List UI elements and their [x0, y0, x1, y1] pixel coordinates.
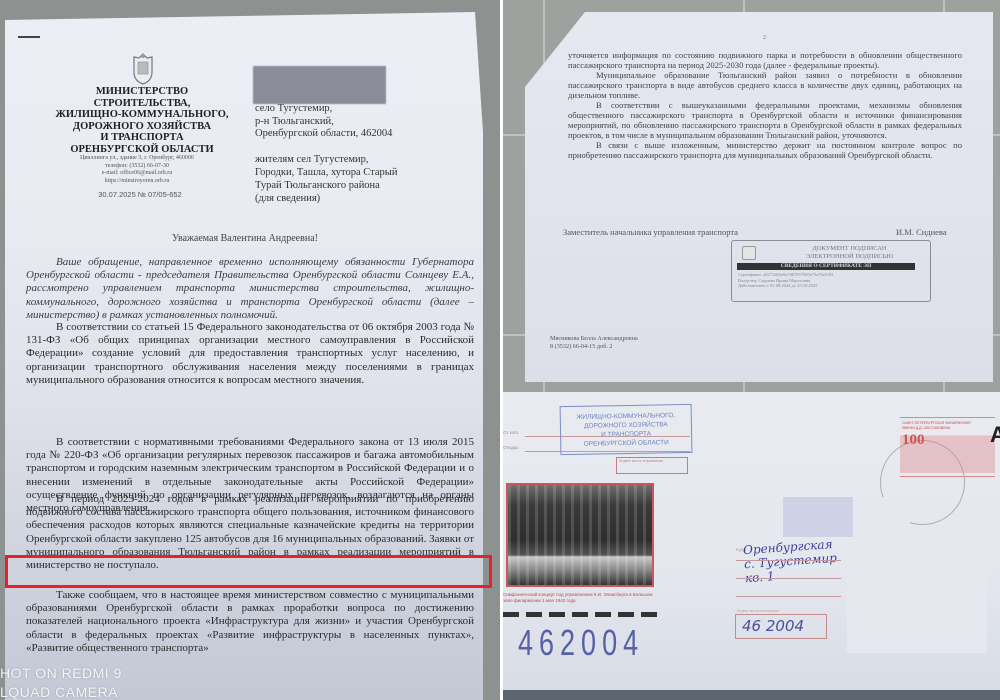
envelope-illustration	[506, 483, 654, 587]
executor-contact: Мясникова Белла Александровна 8 (3532) 6…	[550, 335, 638, 351]
e-signature-box: ДОКУМЕНТ ПОДПИСАН ЭЛЕКТРОННОЙ ПОДПИСЬЮ С…	[731, 240, 931, 302]
redacted-recipient-name	[253, 66, 386, 104]
signer-title: Заместитель начальника управления трансп…	[563, 227, 738, 237]
page-2-body: уточняется информация по состоянию подви…	[568, 50, 962, 160]
sender-index-box: Индекс места отправления	[616, 457, 688, 474]
where-from-label: Откуда	[503, 445, 518, 450]
illustration-caption: Симфонический концерт под управлением К.…	[503, 592, 653, 604]
stamp-value: 100	[902, 432, 925, 449]
redaction-patch	[847, 555, 987, 653]
coat-of-arms-icon	[128, 52, 158, 86]
from-label: От кого	[503, 430, 518, 435]
ministry-contacts: Цвиллинга ул., здание 3, г. Оренбург, 46…	[52, 155, 222, 185]
coat-of-arms-icon	[742, 246, 756, 260]
document-number: 30.07.2025 № 07/05-652	[90, 190, 190, 199]
paragraph-1: Ваше обращение, направленное временно ис…	[26, 256, 474, 322]
salutation: Уважаемая Валентина Андреевна!	[0, 233, 490, 244]
e-signature-heading: ДОКУМЕНТ ПОДПИСАН ЭЛЕКТРОННОЙ ПОДПИСЬЮ	[772, 245, 927, 260]
handwritten-zip-code: 462004	[518, 622, 644, 664]
recipient-index-box: 46 2004	[735, 614, 827, 639]
envelope-shadow	[503, 690, 1000, 700]
ministry-name: МИНИСТЕРСТВО СТРОИТЕЛЬСТВА, ЖИЛИЩНО-КОММ…	[42, 86, 242, 155]
camera-watermark-line-2: LQUAD CAMERA	[0, 684, 118, 700]
signer-name: И.М. Сидиева	[896, 227, 947, 237]
page-number: 2	[763, 35, 766, 41]
copy-recipients: жителям сел Тугустемир, Городки, Ташла, …	[255, 153, 475, 205]
address-line	[736, 596, 841, 597]
postage-stamp: САНКТ-ПЕТЕРБУРГСКАЯ ФИЛАРМОНИЯ ИМЕНИ Д.Д…	[900, 417, 995, 477]
paragraph-2: В соответствии со статьей 15 Федеральног…	[26, 321, 474, 387]
stamp-title: САНКТ-ПЕТЕРБУРГСКАЯ ФИЛАРМОНИЯ ИМЕНИ Д.Д…	[902, 421, 971, 431]
paragraph-5: Также сообщаем, что в настоящее время ми…	[26, 589, 474, 655]
corner-mark	[18, 36, 40, 38]
address-line	[736, 578, 841, 579]
highlight-box	[5, 555, 492, 588]
redaction-patch	[855, 497, 910, 547]
e-signature-details: Сертификат: a0271d63e0a7d67057905e73a70a…	[738, 272, 833, 289]
address-field-shade	[783, 497, 853, 537]
e-signature-bar: СВЕДЕНИЯ О СЕРТИФИКАТЕ ЭП	[737, 263, 915, 270]
camera-watermark-line-1: HOT ON REDMI 9	[0, 665, 122, 681]
recipient-address: село Тугустемир, р-н Тюльганский, Оренбу…	[255, 103, 475, 141]
address-line	[736, 560, 841, 561]
zip-code-guide	[503, 612, 657, 617]
recipient-index-label: Индекс места назначения	[737, 609, 779, 613]
sender-stamp: ЖИЛИЩНО-КОММУНАЛЬНОГО, ДОРОЖНОГО ХОЗЯЙСТ…	[560, 404, 693, 455]
envelope-edge-letter: А	[990, 422, 1000, 448]
